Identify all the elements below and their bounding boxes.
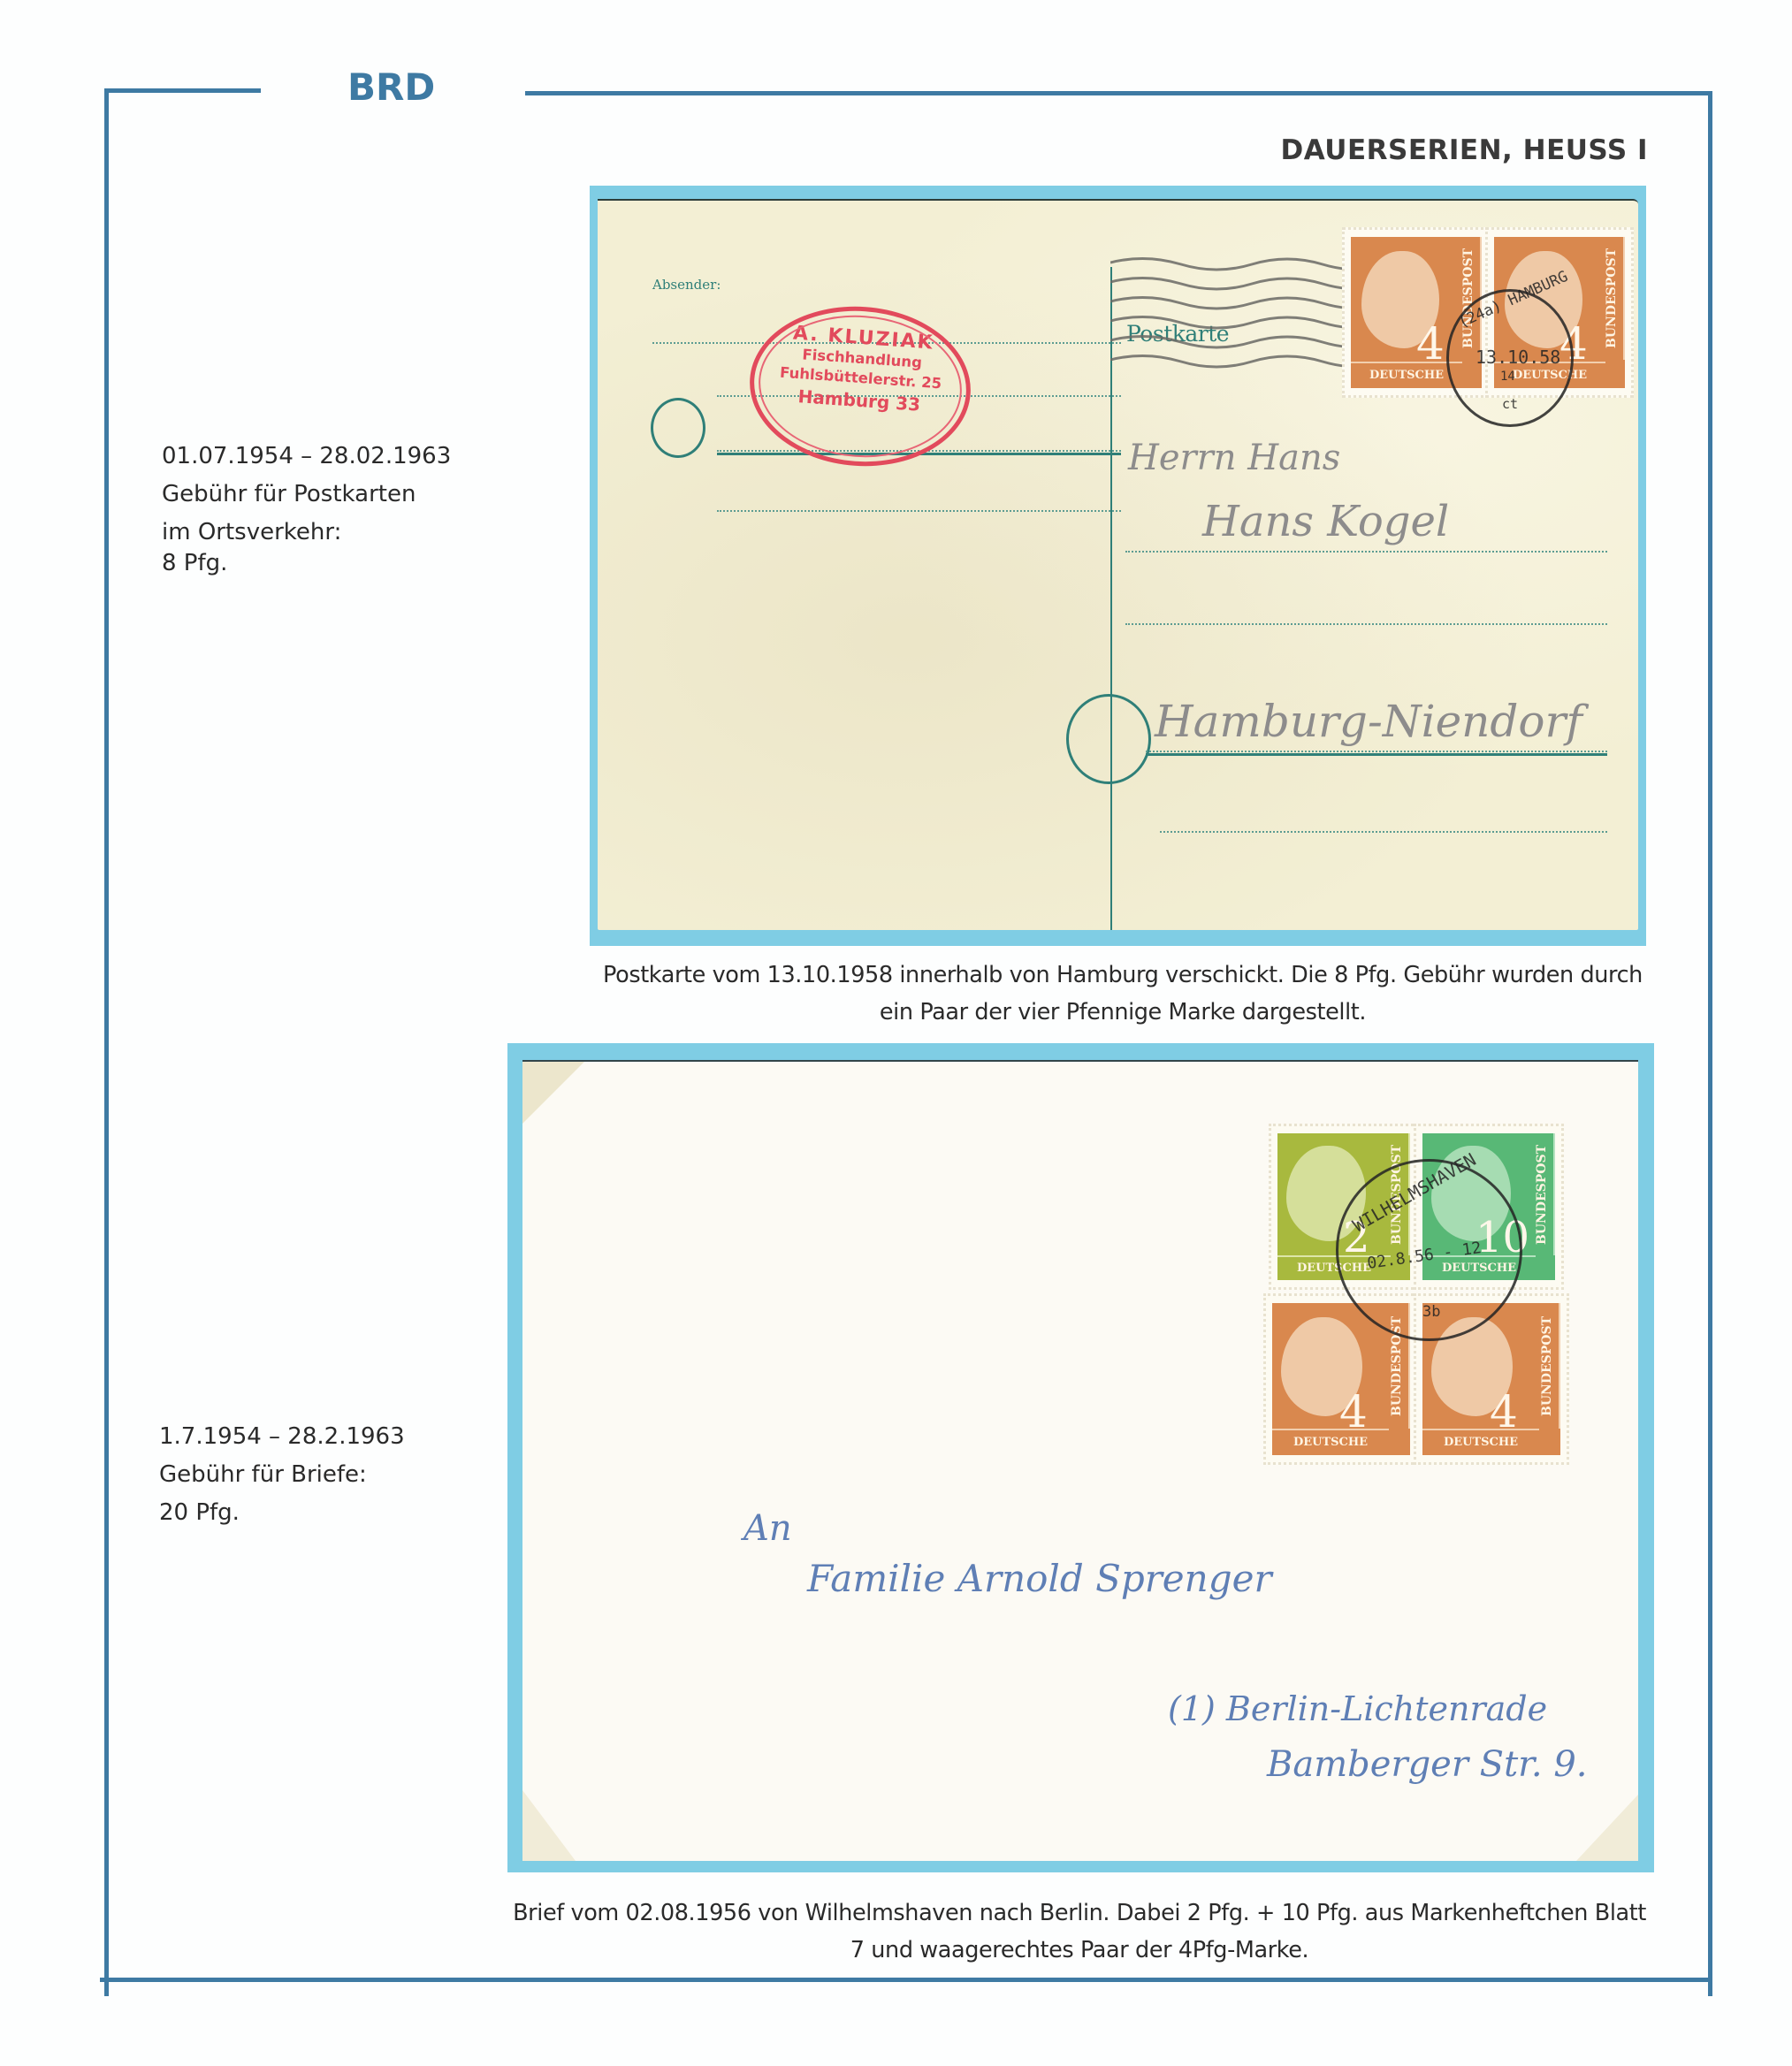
frame-top-left xyxy=(104,88,261,93)
note-line: Gebühr für Briefe: xyxy=(159,1456,405,1494)
envelope: 2 DEUTSCHE BUNDESPOST 10 DEUTSCHE BUNDES… xyxy=(522,1060,1638,1861)
address-line xyxy=(1125,551,1607,553)
sender-postcode-circle xyxy=(651,398,705,458)
letter-rate-note: 1.7.1954 – 28.2.1963 Gebühr für Briefe: … xyxy=(159,1418,405,1532)
sender-stamp-city: Hamburg 33 xyxy=(752,383,965,419)
frame-left xyxy=(104,88,109,1996)
stamp-issuer: BUNDESPOST xyxy=(1600,237,1625,360)
handwritten-address-line: Bamberger Str. 9. xyxy=(1267,1744,1587,1785)
envelope-corner-fold xyxy=(1576,1795,1638,1861)
stamp-issuer: BUNDESPOST xyxy=(1530,1133,1555,1255)
note-line: 1.7.1954 – 28.2.1963 xyxy=(159,1418,405,1456)
caption-line: Postkarte vom 13.10.1958 innerhalb von H… xyxy=(566,957,1680,994)
caption-line: Brief vom 02.08.1956 von Wilhelmshaven n… xyxy=(495,1894,1664,1932)
sender-label: Absender: xyxy=(652,277,721,293)
address-line xyxy=(1125,623,1607,625)
postmark-hour: 14 xyxy=(1500,370,1515,384)
postcard: Absender: A. KLUZIAK Fischhandlung Fuhls… xyxy=(598,199,1638,930)
frame-bottom xyxy=(100,1978,1712,1982)
sender-rubber-stamp: A. KLUZIAK Fischhandlung Fuhlsbüttelerst… xyxy=(744,299,976,473)
handwritten-address-line: Familie Arnold Sprenger xyxy=(807,1557,1272,1600)
address-line xyxy=(1160,831,1607,833)
sender-stamp-name: A. KLUZIAK xyxy=(757,320,970,357)
note-line: 01.07.1954 – 28.02.1963 xyxy=(162,438,451,476)
postcard-rate-note: 01.07.1954 – 28.02.1963 Gebühr für Postk… xyxy=(162,438,451,583)
series-title: DAUERSERIEN, HEUSS I xyxy=(1281,134,1648,166)
note-line: 20 Pfg. xyxy=(159,1494,405,1532)
stamp-issuer: BUNDESPOST xyxy=(1536,1303,1560,1429)
note-line: Gebühr für Postkarten xyxy=(162,476,451,514)
handwritten-address-line: Herrn Hans xyxy=(1128,438,1340,478)
address-line xyxy=(1146,751,1607,752)
frame-right xyxy=(1708,93,1712,1996)
wilhelmshaven-postmark: WILHELMSHAVEN 02.8.56 - 12 3b xyxy=(1336,1159,1522,1341)
handwritten-address-line: Hamburg-Niendorf xyxy=(1155,696,1582,747)
section-heading: BRD xyxy=(347,65,435,109)
postmark-code: 3b xyxy=(1422,1303,1440,1321)
handwritten-address-line: Hans Kogel xyxy=(1202,497,1449,546)
envelope-corner-fold xyxy=(522,1062,584,1124)
postcard-caption: Postkarte vom 13.10.1958 innerhalb von H… xyxy=(566,957,1680,1031)
caption-line: 7 und waagerechtes Paar der 4Pfg-Marke. xyxy=(495,1932,1664,1969)
recipient-postcode-circle xyxy=(1066,694,1151,784)
caption-line: ein Paar der vier Pfennige Marke dargest… xyxy=(566,994,1680,1031)
hamburg-postmark: (24a) HAMBURG 13.10.58 14 ct xyxy=(1446,289,1574,427)
postmark-code: ct xyxy=(1502,396,1518,412)
sender-stamp-line: Fuhlsbüttelerstr. 25 xyxy=(754,362,967,396)
postmark-date: 13.10.58 xyxy=(1476,347,1560,368)
sender-stamp-line: Fischhandlung xyxy=(756,342,969,377)
postmark-date: 02.8.56 - 12 xyxy=(1366,1239,1483,1273)
stamp-country: DEUTSCHE xyxy=(1272,1429,1389,1455)
handwritten-address-line: An xyxy=(743,1508,792,1549)
address-line-solid xyxy=(1146,753,1607,756)
envelope-caption: Brief vom 02.08.1956 von Wilhelmshaven n… xyxy=(495,1894,1664,1969)
handwritten-address-line: (1) Berlin-Lichtenrade xyxy=(1168,1689,1547,1728)
stamp-country: DEUTSCHE xyxy=(1422,1429,1539,1455)
envelope-corner-fold xyxy=(522,1790,576,1861)
frame-top-right xyxy=(525,91,1712,95)
sender-line xyxy=(717,510,1121,512)
stamp-country: DEUTSCHE xyxy=(1351,362,1462,388)
